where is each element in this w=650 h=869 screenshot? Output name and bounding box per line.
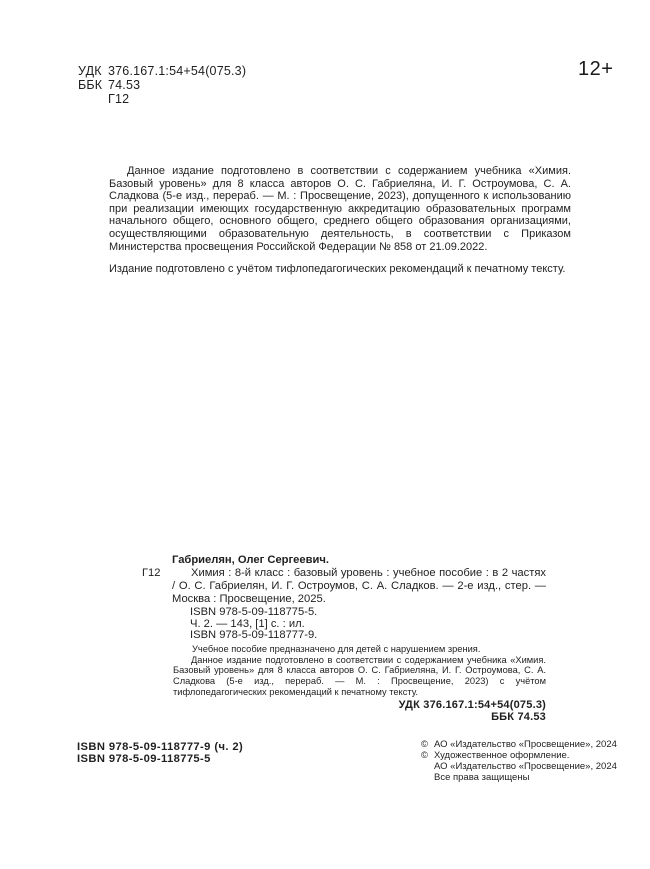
card-bbk: ББК 74.53 xyxy=(142,712,546,723)
footer-isbn-series: ISBN 978-5-09-118775-5 xyxy=(77,753,243,765)
copyright-text: Все права защищены xyxy=(434,773,617,784)
card-description-row: Г12 Химия : 8-й класс : базовый уровень … xyxy=(142,567,546,606)
author-sign-row: Г12 xyxy=(78,92,246,106)
udk-row: УДК 376.167.1:54+54(075.3) xyxy=(78,64,246,78)
card-note-edition: Данное издание подготовлено в соответств… xyxy=(173,655,546,698)
bbk-value: 74.53 xyxy=(108,78,246,92)
udk-value: 376.167.1:54+54(075.3) xyxy=(108,64,246,78)
age-rating-badge: 12+ xyxy=(578,58,613,80)
copyright-block: © АО «Издательство «Просвещение», 2024 ©… xyxy=(421,740,617,784)
card-publication-lines: ISBN 978-5-09-118775-5. Ч. 2. — 143, [1]… xyxy=(190,607,546,642)
footer-isbn-block: ISBN 978-5-09-118777-9 (ч. 2) ISBN 978-5… xyxy=(77,741,243,766)
card-classification: УДК 376.167.1:54+54(075.3) ББК 74.53 xyxy=(142,700,546,723)
author-sign-value: Г12 xyxy=(108,92,246,106)
card-isbn-part: ISBN 978-5-09-118777-9. xyxy=(190,630,546,642)
classification-block: УДК 376.167.1:54+54(075.3) ББК 74.53 Г12 xyxy=(78,64,246,106)
edition-note-paragraph: Данное издание подготовлено в соответств… xyxy=(109,165,571,253)
card-isbn-series: ISBN 978-5-09-118775-5. xyxy=(190,607,546,619)
author-sign-label xyxy=(78,92,108,106)
typhlo-note-paragraph: Издание подготовлено с учётом тифлопедаг… xyxy=(109,263,571,276)
card-note-accessibility: Учебное пособие предназначено для детей … xyxy=(192,644,546,655)
bbk-row: ББК 74.53 xyxy=(78,78,246,92)
book-imprint-page: УДК 376.167.1:54+54(075.3) ББК 74.53 Г12… xyxy=(0,0,650,869)
card-author-heading: Габриелян, Олег Сергеевич. xyxy=(172,554,546,567)
edition-intro: Данное издание подготовлено в соответств… xyxy=(109,165,571,276)
udk-label: УДК xyxy=(78,64,108,78)
card-bibliographic-description: Химия : 8-й класс : базовый уровень : уч… xyxy=(172,567,546,606)
copyright-mark xyxy=(421,762,434,773)
copyright-mark xyxy=(421,773,434,784)
catalog-card: Габриелян, Олег Сергеевич. Г12 Химия : 8… xyxy=(142,554,546,723)
bbk-label: ББК xyxy=(78,78,108,92)
copyright-mark: © xyxy=(421,751,434,762)
footer-isbn-part: ISBN 978-5-09-118777-9 (ч. 2) xyxy=(77,741,243,753)
copyright-line: Все права защищены xyxy=(421,773,617,784)
card-udk: УДК 376.167.1:54+54(075.3) xyxy=(142,700,546,711)
card-author-sign: Г12 xyxy=(142,567,161,580)
